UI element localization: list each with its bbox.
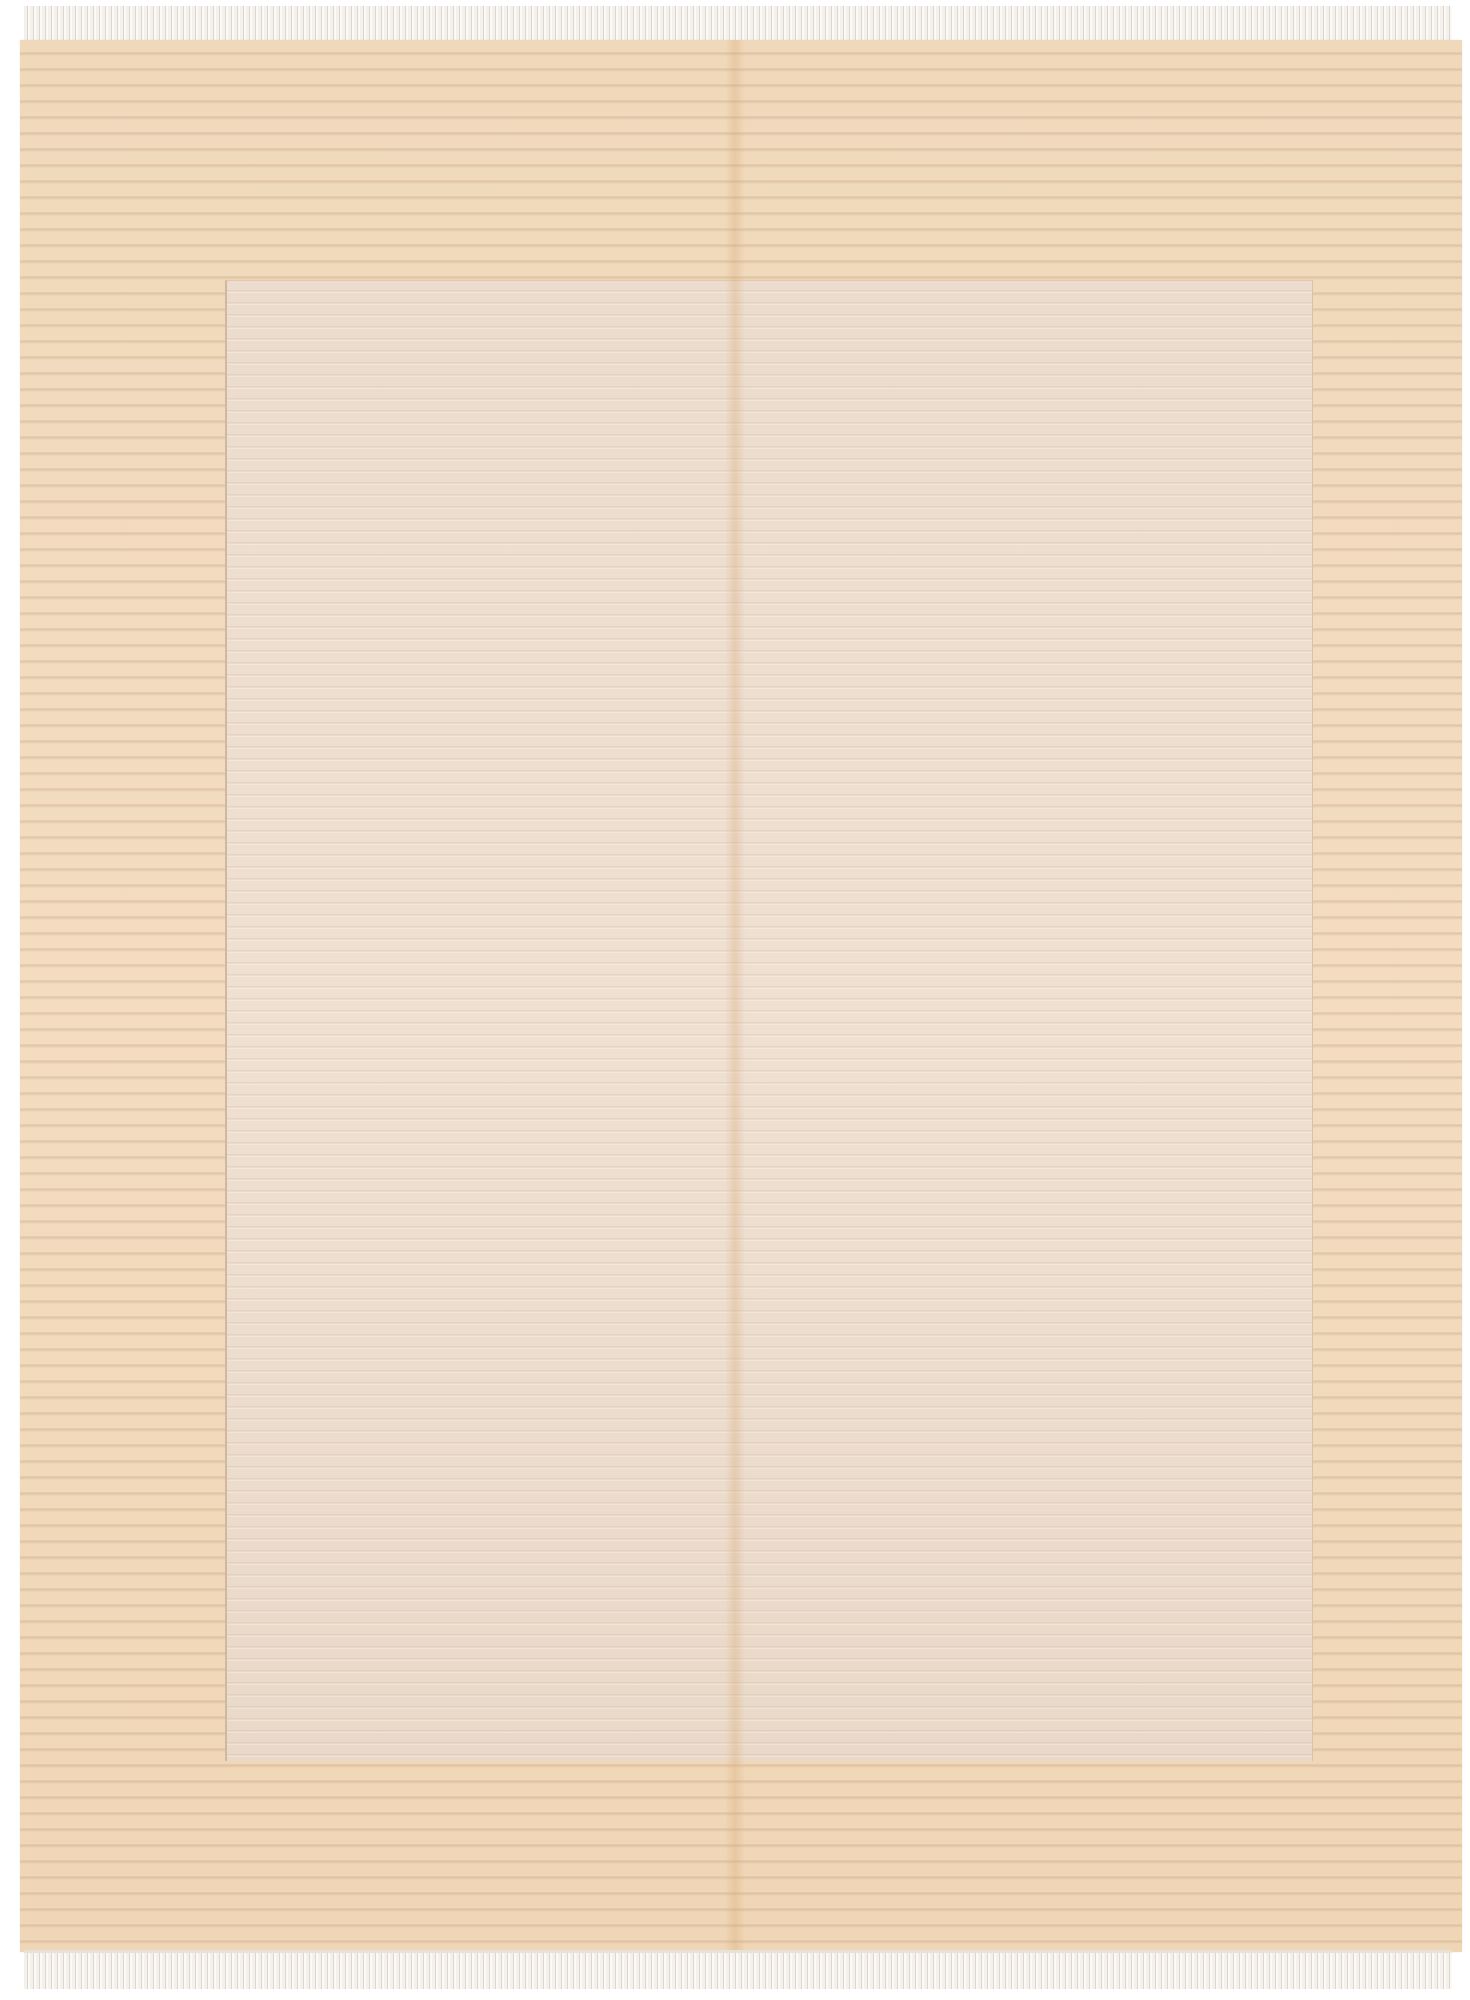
rug-inner-field (225, 280, 1313, 1761)
rug-center-abrash (725, 40, 745, 1952)
bottom-fringe (24, 1950, 1452, 1989)
